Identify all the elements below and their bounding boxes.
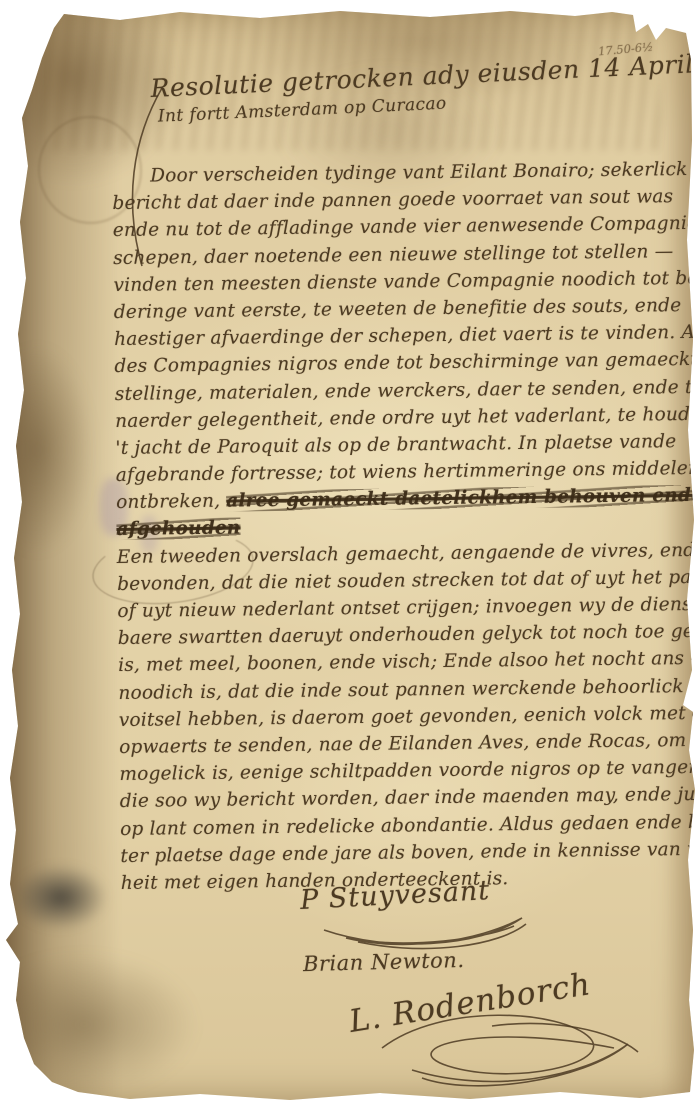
- line-text: Door verscheiden tydinge vant Eilant Bon…: [150, 159, 688, 187]
- line-text: is, met meel, boonen, ende visch; Ende a…: [118, 648, 700, 676]
- line-text: voitsel hebben, is daerom goet gevonden,…: [119, 701, 700, 730]
- signature-flourish: [318, 908, 538, 958]
- paragraph: Een tweeden overslach gemaecht, aengaend…: [117, 537, 696, 897]
- line-text: heit met eigen handen onderteeckent is.: [121, 868, 509, 894]
- document-scan: 17.50-6½ Resolutie getrocken ady eiusden…: [0, 0, 700, 1109]
- struck-out-text: afgehouden: [116, 518, 240, 541]
- signature-newton: Brian Newton.: [303, 948, 465, 976]
- line-text: bericht dat daer inde pannen goede voorr…: [112, 186, 673, 214]
- line-text: 't jacht de Paroquit als op de brantwach…: [115, 431, 676, 459]
- signature-paraph: [352, 1008, 652, 1103]
- line-text: ende nu tot de affladinge vande vier aen…: [113, 213, 700, 241]
- paper-sheet: 17.50-6½ Resolutie getrocken ady eiusden…: [0, 0, 700, 1109]
- line-text: die soo wy bericht worden, daer inde mae…: [120, 784, 700, 812]
- paragraph: Door verscheiden tydinge vant Eilant Bon…: [112, 156, 692, 544]
- line-text: deringe vant eerste, te weeten de benefi…: [114, 295, 682, 323]
- line-text: Een tweeden overslach gemaecht, aengaend…: [117, 539, 700, 567]
- line-text: of uyt nieuw nederlant ontset crijgen; i…: [117, 594, 700, 622]
- line-text: stellinge, materialen, ende werckers, da…: [115, 376, 700, 404]
- line-text: op lant comen in redelicke abondantie. A…: [120, 811, 700, 840]
- manuscript-body: Door verscheiden tydinge vant Eilant Bon…: [112, 156, 696, 897]
- line-text: schepen, daer noetende een nieuwe stelli…: [113, 241, 673, 269]
- struck-out-text: alree gemaeckt daetelickhem behouven end…: [226, 484, 700, 512]
- line-text: ter plaetse dage ende jare als boven, en…: [120, 838, 700, 867]
- line-text: haestiger afvaerdinge der schepen, diet …: [114, 322, 700, 350]
- line-text: mogelick is, eenige schiltpadden voorde …: [119, 757, 700, 785]
- line-text: baere swartten daeruyt onderhouden gelyc…: [118, 621, 700, 650]
- stain-bottom-left-area: [0, 920, 280, 1109]
- line-text: opwaerts te senden, nae de Eilanden Aves…: [119, 729, 700, 757]
- stain-left-edge-band: [0, 0, 120, 1109]
- line-text: des Compagnies nigros ende tot beschirmi…: [114, 349, 700, 377]
- document-heading: Resolutie getrocken ady eiusden 14 April…: [150, 46, 700, 127]
- line-text: vinden ten meesten dienste vande Compagn…: [113, 267, 700, 296]
- line-text: naerder gelegentheit, ende ordre uyt het…: [115, 403, 700, 431]
- line-text: noodich is, dat die inde sout pannen wer…: [118, 675, 700, 703]
- signature-rodenborch: L. Rodenborch: [347, 966, 594, 1040]
- line-text: ontbreken,: [116, 491, 226, 513]
- line-text: bevonden, dat die niet souden strecken t…: [117, 566, 700, 594]
- manuscript-line: heit met eigen handen onderteeckent is.: [121, 863, 696, 897]
- line-text: afgebrande fortresse; tot wiens hertimme…: [116, 458, 700, 486]
